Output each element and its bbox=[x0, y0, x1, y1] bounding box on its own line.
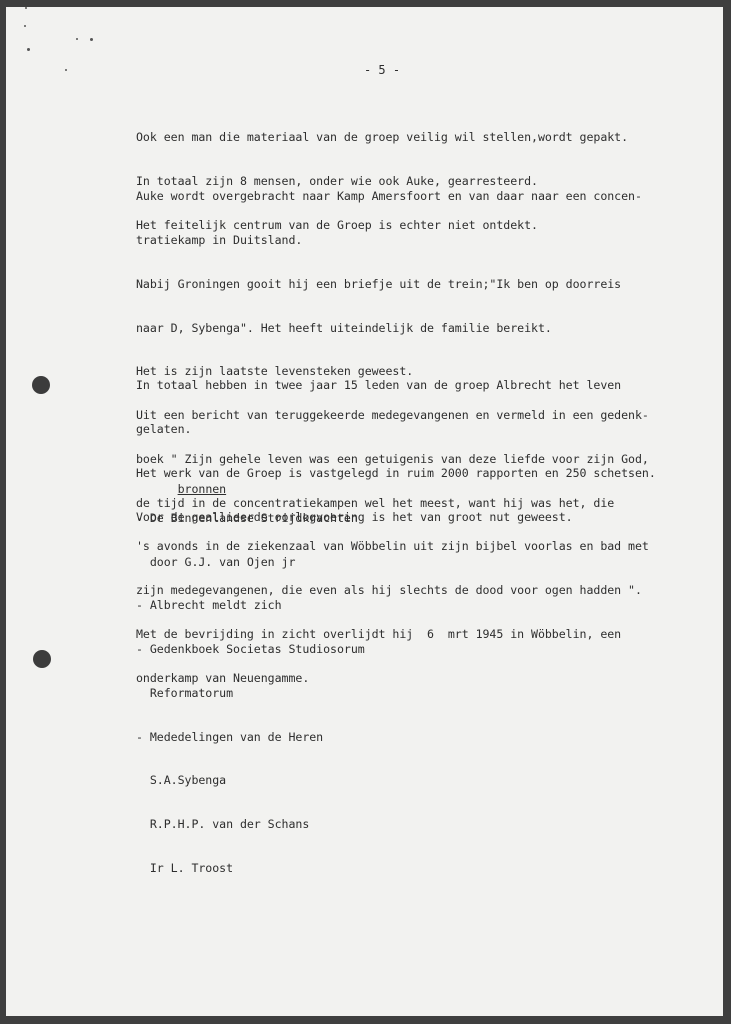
text-line: tratiekamp in Duitsland. bbox=[136, 233, 649, 248]
speck bbox=[76, 38, 78, 40]
page-number: - 5 - bbox=[6, 63, 723, 77]
punch-hole bbox=[32, 376, 50, 394]
source-line: S.A.Sybenga bbox=[136, 773, 365, 788]
source-line: - Gedenkboek Societas Studiosorum bbox=[136, 642, 365, 657]
source-line: door G.J. van Ojen jr bbox=[136, 555, 365, 570]
speck bbox=[25, 7, 27, 9]
speck bbox=[27, 48, 30, 51]
body-text: Ook een man die materiaal van de groep v… bbox=[136, 7, 164, 95]
source-line: - Albrecht meldt zich bbox=[136, 598, 365, 613]
source-line: - De Binnenlandse Strijdkrachten bbox=[136, 511, 365, 526]
text-line: Ook een man die materiaal van de groep v… bbox=[136, 130, 628, 145]
source-line: R.P.H.P. van der Schans bbox=[136, 817, 365, 832]
punch-hole bbox=[33, 650, 51, 668]
source-line: Ir L. Troost bbox=[136, 861, 365, 876]
speck bbox=[24, 25, 26, 27]
sources-heading: bronnen bbox=[178, 482, 227, 497]
text-line: Auke wordt overgebracht naar Kamp Amersf… bbox=[136, 189, 649, 204]
text-line: In totaal hebben in twee jaar 15 leden v… bbox=[136, 378, 656, 393]
text-line: Nabij Groningen gooit hij een briefje ui… bbox=[136, 277, 649, 292]
source-line: Reformatorum bbox=[136, 686, 365, 701]
source-line: - Mededelingen van de Heren bbox=[136, 730, 365, 745]
text-line: naar D, Sybenga". Het heeft uiteindelijk… bbox=[136, 321, 649, 336]
speck bbox=[90, 38, 93, 41]
sources-list: bronnen - De Binnenlandse Strijdkrachten… bbox=[136, 467, 365, 905]
text-line: gelaten. bbox=[136, 422, 656, 437]
document-page: - 5 - Ook een man die materiaal van de g… bbox=[6, 7, 723, 1016]
